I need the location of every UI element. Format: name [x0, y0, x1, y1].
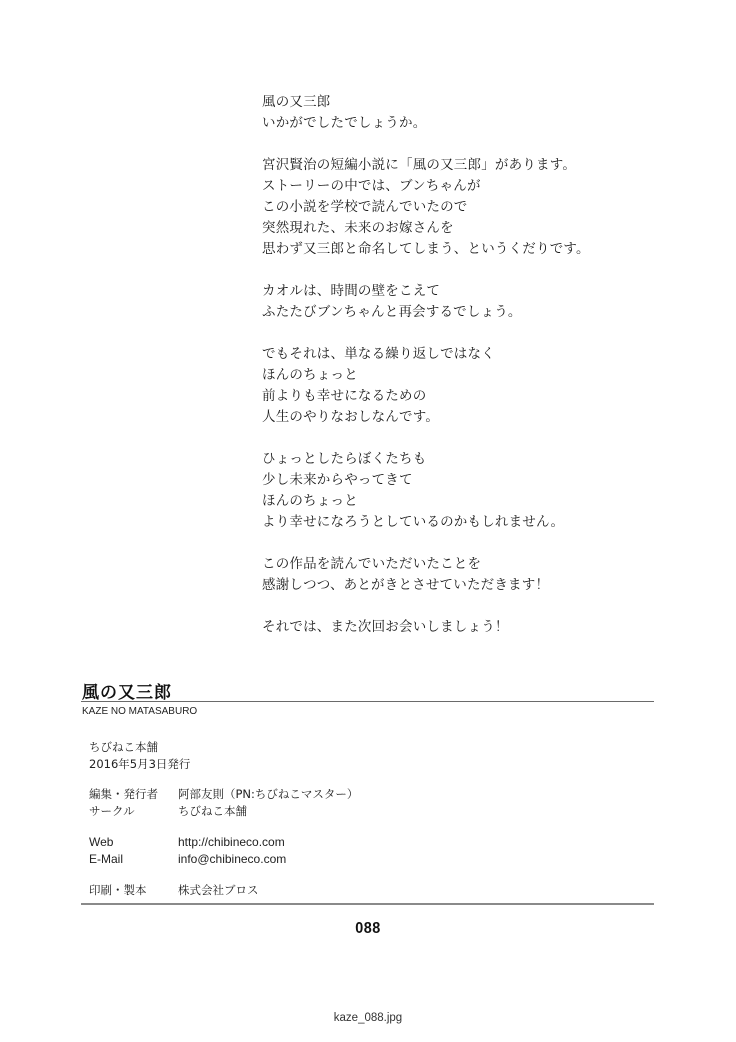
- colophon-info: 編集・発行者 阿部友則（PN:ちびねこマスター） サークル ちびねこ本舗 Web…: [89, 786, 358, 913]
- info-value: ちびねこ本舗: [178, 803, 247, 820]
- text-line: 突然現れた、未来のお嫁さんを: [262, 218, 590, 239]
- text-line: カオルは、時間の壁をこえて: [262, 281, 590, 302]
- text-line: 人生のやりなおしなんです。: [262, 407, 590, 428]
- text-line: 感謝しつつ、あとがきとさせていただきます！: [262, 575, 590, 596]
- text-line: より幸せになろうとしているのかもしれません。: [262, 512, 590, 533]
- info-label: 編集・発行者: [89, 786, 178, 803]
- info-label: E-Mail: [89, 851, 178, 868]
- info-label: サークル: [89, 803, 178, 820]
- text-line: でもそれは、単なる繰り返しではなく: [262, 344, 590, 365]
- afterword-paragraph: この作品を読んでいただいたことを 感謝しつつ、あとがきとさせていただきます！: [262, 554, 590, 596]
- info-group-printer: 印刷・製本 株式会社ブロス: [89, 882, 358, 899]
- divider: [81, 701, 654, 702]
- info-label: Web: [89, 834, 178, 851]
- info-group-contact: Web http://chibineco.com E-Mail info@chi…: [89, 834, 358, 868]
- info-value: 阿部友則（PN:ちびねこマスター）: [178, 786, 358, 803]
- publication-date: 2016年5月3日発行: [89, 756, 190, 773]
- text-line: 宮沢賢治の短編小説に「風の又三郎」があります。: [262, 155, 590, 176]
- colophon-title-roman: KAZE NO MATASABURO: [82, 706, 197, 717]
- colophon-title: 風の又三郎: [82, 678, 172, 703]
- publisher-name: ちびねこ本舗: [89, 739, 190, 756]
- info-row: サークル ちびねこ本舗: [89, 803, 358, 820]
- text-line: ほんのちょっと: [262, 365, 590, 386]
- divider: [81, 903, 654, 905]
- afterword-paragraph: それでは、また次回お会いしましょう！: [262, 617, 590, 638]
- text-line: 思わず又三郎と命名してしまう、というくだりです。: [262, 239, 590, 260]
- text-line: 風の又三郎: [262, 92, 590, 113]
- publisher-block: ちびねこ本舗 2016年5月3日発行: [89, 739, 190, 773]
- afterword-text: 風の又三郎 いかがでしたでしょうか。 宮沢賢治の短編小説に「風の又三郎」がありま…: [262, 92, 590, 659]
- text-line: 前よりも幸せになるための: [262, 386, 590, 407]
- afterword-paragraph: でもそれは、単なる繰り返しではなく ほんのちょっと 前よりも幸せになるための 人…: [262, 344, 590, 428]
- text-line: 少し未来からやってきて: [262, 470, 590, 491]
- page-number: 088: [37, 920, 699, 938]
- text-line: それでは、また次回お会いしましょう！: [262, 617, 590, 638]
- email-address: info@chibineco.com: [178, 851, 286, 868]
- info-row: 編集・発行者 阿部友則（PN:ちびねこマスター）: [89, 786, 358, 803]
- text-line: いかがでしたでしょうか。: [262, 113, 590, 134]
- text-line: この小説を学校で読んでいたので: [262, 197, 590, 218]
- info-label: 印刷・製本: [89, 882, 178, 899]
- info-row: Web http://chibineco.com: [89, 834, 358, 851]
- info-group-credits: 編集・発行者 阿部友則（PN:ちびねこマスター） サークル ちびねこ本舗: [89, 786, 358, 820]
- afterword-paragraph: カオルは、時間の壁をこえて ふたたびブンちゃんと再会するでしょう。: [262, 281, 590, 323]
- info-row: E-Mail info@chibineco.com: [89, 851, 358, 868]
- text-line: ひょっとしたらぼくたちも: [262, 449, 590, 470]
- text-line: ほんのちょっと: [262, 491, 590, 512]
- web-url: http://chibineco.com: [178, 834, 285, 851]
- info-row: 印刷・製本 株式会社ブロス: [89, 882, 358, 899]
- afterword-paragraph: 宮沢賢治の短編小説に「風の又三郎」があります。 ストーリーの中では、ブンちゃんが…: [262, 155, 590, 260]
- text-line: ストーリーの中では、ブンちゃんが: [262, 176, 590, 197]
- text-line: この作品を読んでいただいたことを: [262, 554, 590, 575]
- text-line: ふたたびブンちゃんと再会するでしょう。: [262, 302, 590, 323]
- file-name-caption: kaze_088.jpg: [0, 1012, 736, 1024]
- afterword-paragraph: ひょっとしたらぼくたちも 少し未来からやってきて ほんのちょっと より幸せになろ…: [262, 449, 590, 533]
- info-value: 株式会社ブロス: [178, 882, 259, 899]
- afterword-paragraph: 風の又三郎 いかがでしたでしょうか。: [262, 92, 590, 134]
